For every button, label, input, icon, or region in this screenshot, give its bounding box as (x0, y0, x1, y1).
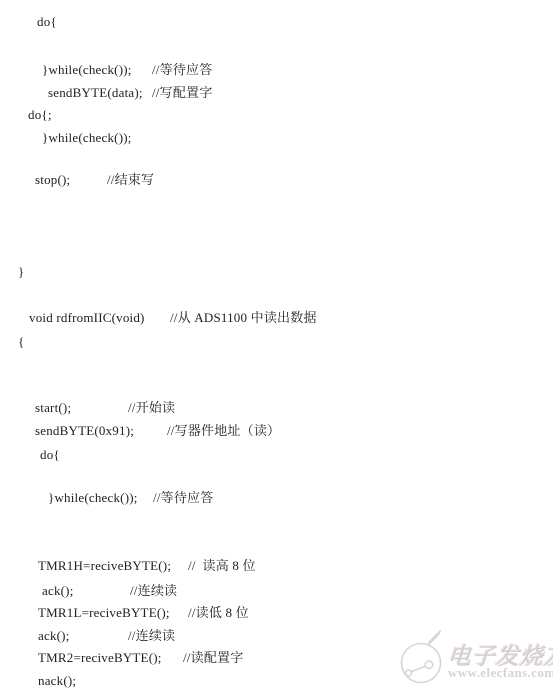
code-line: }while(check());//等待应答 (0, 62, 553, 79)
code-line: sendBYTE(0x91);//写器件地址（读） (0, 423, 553, 440)
code-line: void rdfromIIC(void)//从 ADS1100 中读出数据 (0, 310, 553, 327)
code-line: ack();//连续读 (0, 628, 553, 645)
code-text: nack(); (38, 673, 76, 689)
code-text: }while(check()); (48, 490, 138, 506)
document-page: do{}while(check());//等待应答sendBYTE(data);… (0, 0, 553, 691)
code-text: ack(); (38, 628, 70, 644)
code-text: void rdfromIIC(void) (29, 310, 145, 326)
comment-text: //开始读 (128, 400, 175, 416)
code-line: nack(); (0, 673, 553, 690)
code-text: } (18, 264, 24, 280)
code-text: ack(); (42, 583, 74, 599)
code-line: start();//开始读 (0, 400, 553, 417)
code-text: do{; (28, 107, 52, 123)
code-line: TMR2=reciveBYTE();//读配置字 (0, 650, 553, 667)
comment-text: //等待应答 (153, 490, 213, 506)
comment-text: //连续读 (128, 628, 175, 644)
code-text: stop(); (35, 172, 70, 188)
comment-text: //写配置字 (152, 85, 212, 101)
code-text: TMR2=reciveBYTE(); (38, 650, 162, 666)
comment-text: //写器件地址（读） (167, 423, 280, 439)
code-listing: do{}while(check());//等待应答sendBYTE(data);… (0, 0, 553, 691)
code-line: do{ (0, 447, 553, 464)
code-line: }while(check()); (0, 130, 553, 147)
code-text: start(); (35, 400, 71, 416)
comment-text: //连续读 (130, 583, 177, 599)
code-text: TMR1H=reciveBYTE(); (38, 558, 171, 574)
code-line: ack();//连续读 (0, 583, 553, 600)
code-text: }while(check()); (42, 62, 132, 78)
comment-text: //从 ADS1100 中读出数据 (170, 310, 317, 326)
code-line: { (0, 334, 553, 351)
comment-text: //读配置字 (183, 650, 243, 666)
comment-text: //结束写 (107, 172, 154, 188)
comment-text: //读低 8 位 (188, 605, 249, 621)
code-text: sendBYTE(0x91); (35, 423, 134, 439)
code-line: }while(check());//等待应答 (0, 490, 553, 507)
code-text: do{ (37, 14, 57, 30)
code-line: stop();//结束写 (0, 172, 553, 189)
code-line: sendBYTE(data);//写配置字 (0, 85, 553, 102)
code-line: TMR1H=reciveBYTE();// 读高 8 位 (0, 558, 553, 575)
code-text: }while(check()); (42, 130, 132, 146)
comment-text: // 读高 8 位 (188, 558, 256, 574)
code-text: sendBYTE(data); (48, 85, 143, 101)
code-text: do{ (40, 447, 60, 463)
code-line: do{ (0, 14, 553, 31)
code-line: } (0, 264, 553, 281)
comment-text: //等待应答 (152, 62, 212, 78)
code-text: TMR1L=reciveBYTE(); (38, 605, 170, 621)
code-line: TMR1L=reciveBYTE();//读低 8 位 (0, 605, 553, 622)
code-line: do{; (0, 107, 553, 124)
code-text: { (18, 334, 24, 350)
